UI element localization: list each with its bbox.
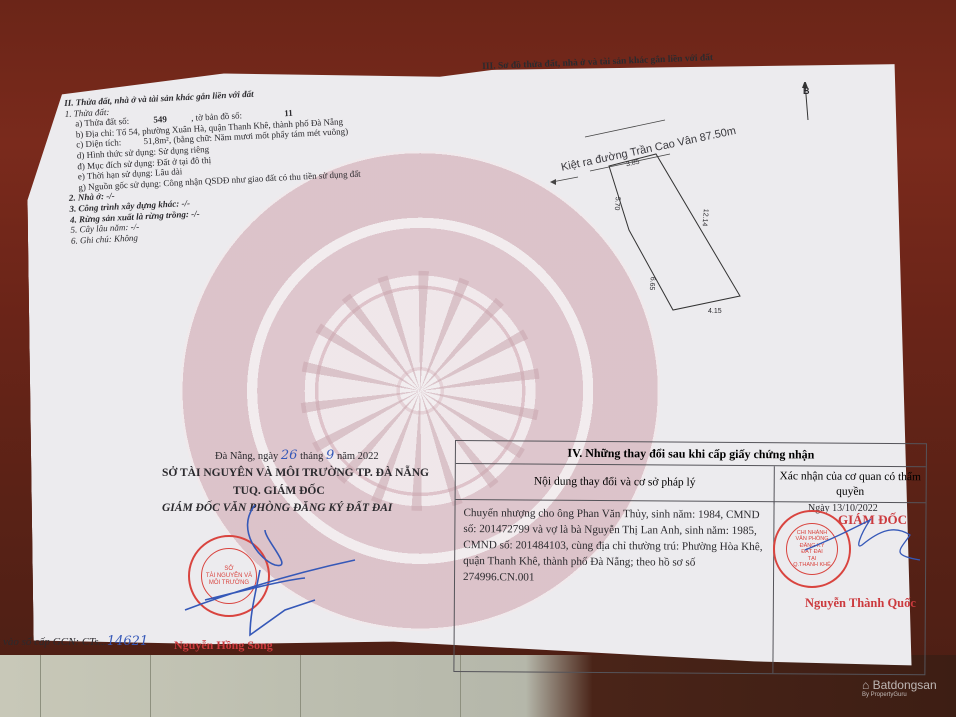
- watermark-logo-icon: ⌂: [862, 678, 869, 692]
- date-line: Đà Nẵng, ngày 26 tháng 9 năm 2022: [215, 448, 379, 463]
- date-day: 26: [281, 448, 298, 463]
- section-ii-land-info: II. Thửa đất, nhà ở và tài sản khác gắn …: [64, 84, 364, 246]
- watermark-brand: Batdongsan: [873, 678, 937, 692]
- parcel-diagram: [540, 82, 840, 342]
- map-sheet-value: 11: [284, 108, 293, 118]
- confirm-signer: Nguyễn Thành Quốc: [805, 596, 916, 611]
- purpose-value: Đất ở tại đô thị: [157, 154, 212, 167]
- confirm-signature-scribble: [800, 510, 930, 570]
- year-label: năm 2022: [337, 451, 379, 462]
- date-prefix: Đà Nẵng, ngày: [215, 451, 278, 462]
- column-divider: [772, 501, 774, 673]
- col-header-content: Nội dung thay đổi và cơ sở pháp lý: [456, 464, 774, 501]
- north-label: B: [803, 86, 810, 96]
- dim-left-lower: 6.65: [648, 276, 656, 290]
- registry-label: vào sổ cấp GCN: CTs...: [3, 636, 107, 648]
- on-behalf-label: TUQ. GIÁM ĐỐC: [233, 485, 325, 497]
- signature-scribble: [165, 500, 365, 640]
- signer-name: Nguyễn Hồng Song: [174, 638, 273, 653]
- dim-left-upper: 5.70: [613, 196, 621, 210]
- date-month: 9: [326, 448, 334, 463]
- registry-number: 14621: [107, 634, 148, 649]
- term-value: Lâu dài: [155, 166, 183, 177]
- section-iv-title: IV. Những thay đổi sau khi cấp giấy chứn…: [456, 441, 926, 467]
- department-name: SỞ TÀI NGUYÊN VÀ MÔI TRƯỜNG TP. ĐÀ NẴNG: [162, 467, 429, 479]
- month-label: tháng: [300, 451, 323, 462]
- watermark-tagline: By PropertyGuru: [862, 692, 937, 698]
- col-header-confirmation: Xác nhận của cơ quan có thẩm quyền: [774, 466, 926, 505]
- parcel-no-value: 549: [153, 114, 167, 125]
- registry-line: vào sổ cấp GCN: CTs...14621: [3, 634, 148, 649]
- dim-bottom: 4.15: [708, 308, 722, 315]
- change-entry-text: Chuyển nhượng cho ông Phan Văn Thủy, sin…: [463, 505, 769, 587]
- table-header-row: Nội dung thay đổi và cơ sở pháp lý Xác n…: [456, 464, 926, 503]
- batdongsan-watermark: ⌂ Batdongsan By PropertyGuru: [862, 678, 937, 698]
